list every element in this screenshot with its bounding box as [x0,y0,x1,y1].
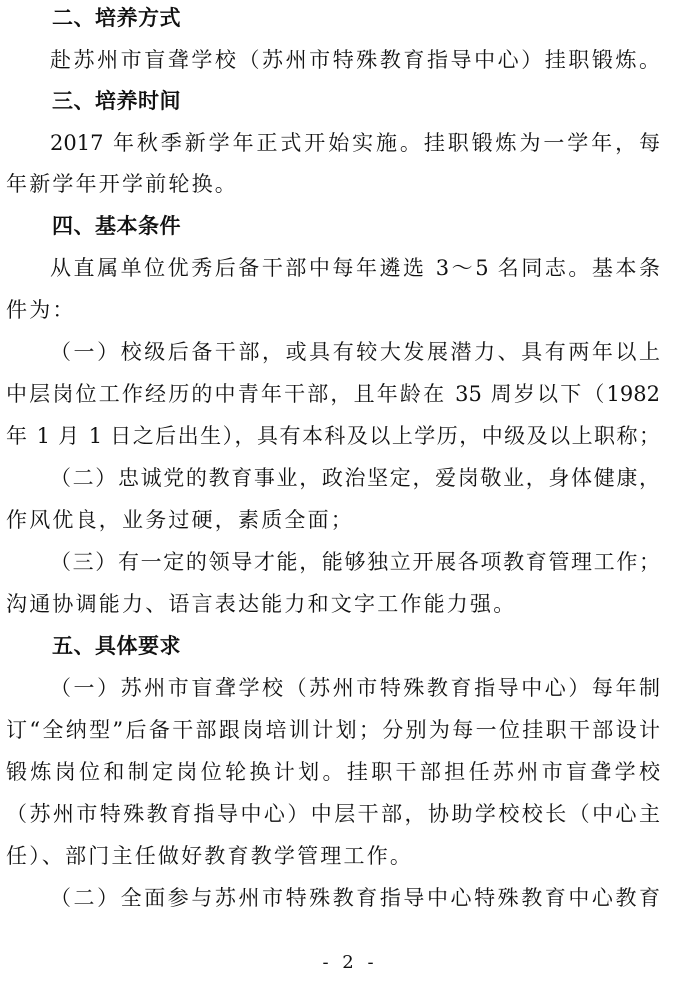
paragraph-line: 从直属单位优秀后备干部中每年遴选 3～5 名同志。基本条 [50,254,660,282]
paragraph-line: 赴苏州市盲聋学校（苏州市特殊教育指导中心）挂职锻炼。 [50,46,660,74]
page-number: - 2 - [0,952,700,973]
section-heading-basic-conditions: 四、基本条件 [52,212,700,240]
paragraph-line: （一）苏州市盲聋学校（苏州市特殊教育指导中心）每年制 [50,674,660,702]
paragraph-line: 订“全纳型”后备干部跟岗培训计划；分别为每一位挂职干部设计 [6,716,660,744]
paragraph-line: 任）、部门主任做好教育教学管理工作。 [6,842,660,870]
paragraph-line: 2017 年秋季新学年正式开始实施。挂职锻炼为一学年，每 [50,129,660,157]
paragraph-line: 年 1 月 1 日之后出生），具有本科及以上学历，中级及以上职称； [6,422,660,450]
paragraph-line: （三）有一定的领导才能，能够独立开展各项教育管理工作； [50,548,660,576]
paragraph-line: 年新学年开学前轮换。 [6,170,660,198]
paragraph-line: 锻炼岗位和制定岗位轮换计划。挂职干部担任苏州市盲聋学校 [6,758,660,786]
paragraph-line: 件为： [6,296,660,324]
paragraph-line: 作风优良，业务过硬，素质全面； [6,506,660,534]
paragraph-line: 沟通协调能力、语言表达能力和文字工作能力强。 [6,590,660,618]
paragraph-line: （苏州市特殊教育指导中心）中层干部，协助学校校长（中心主 [6,800,660,828]
section-heading-training-time: 三、培养时间 [52,87,700,115]
section-heading-training-method: 二、培养方式 [52,4,700,32]
section-heading-specific-requirements: 五、具体要求 [52,632,700,660]
paragraph-line: 中层岗位工作经历的中青年干部，且年龄在 35 周岁以下（1982 [6,380,660,408]
paragraph-line: （一）校级后备干部，或具有较大发展潜力、具有两年以上 [50,338,660,366]
paragraph-line: （二）全面参与苏州市特殊教育指导中心特殊教育中心教育 [50,884,660,912]
paragraph-line: （二）忠诚党的教育事业，政治坚定，爱岗敬业，身体健康， [50,464,660,492]
